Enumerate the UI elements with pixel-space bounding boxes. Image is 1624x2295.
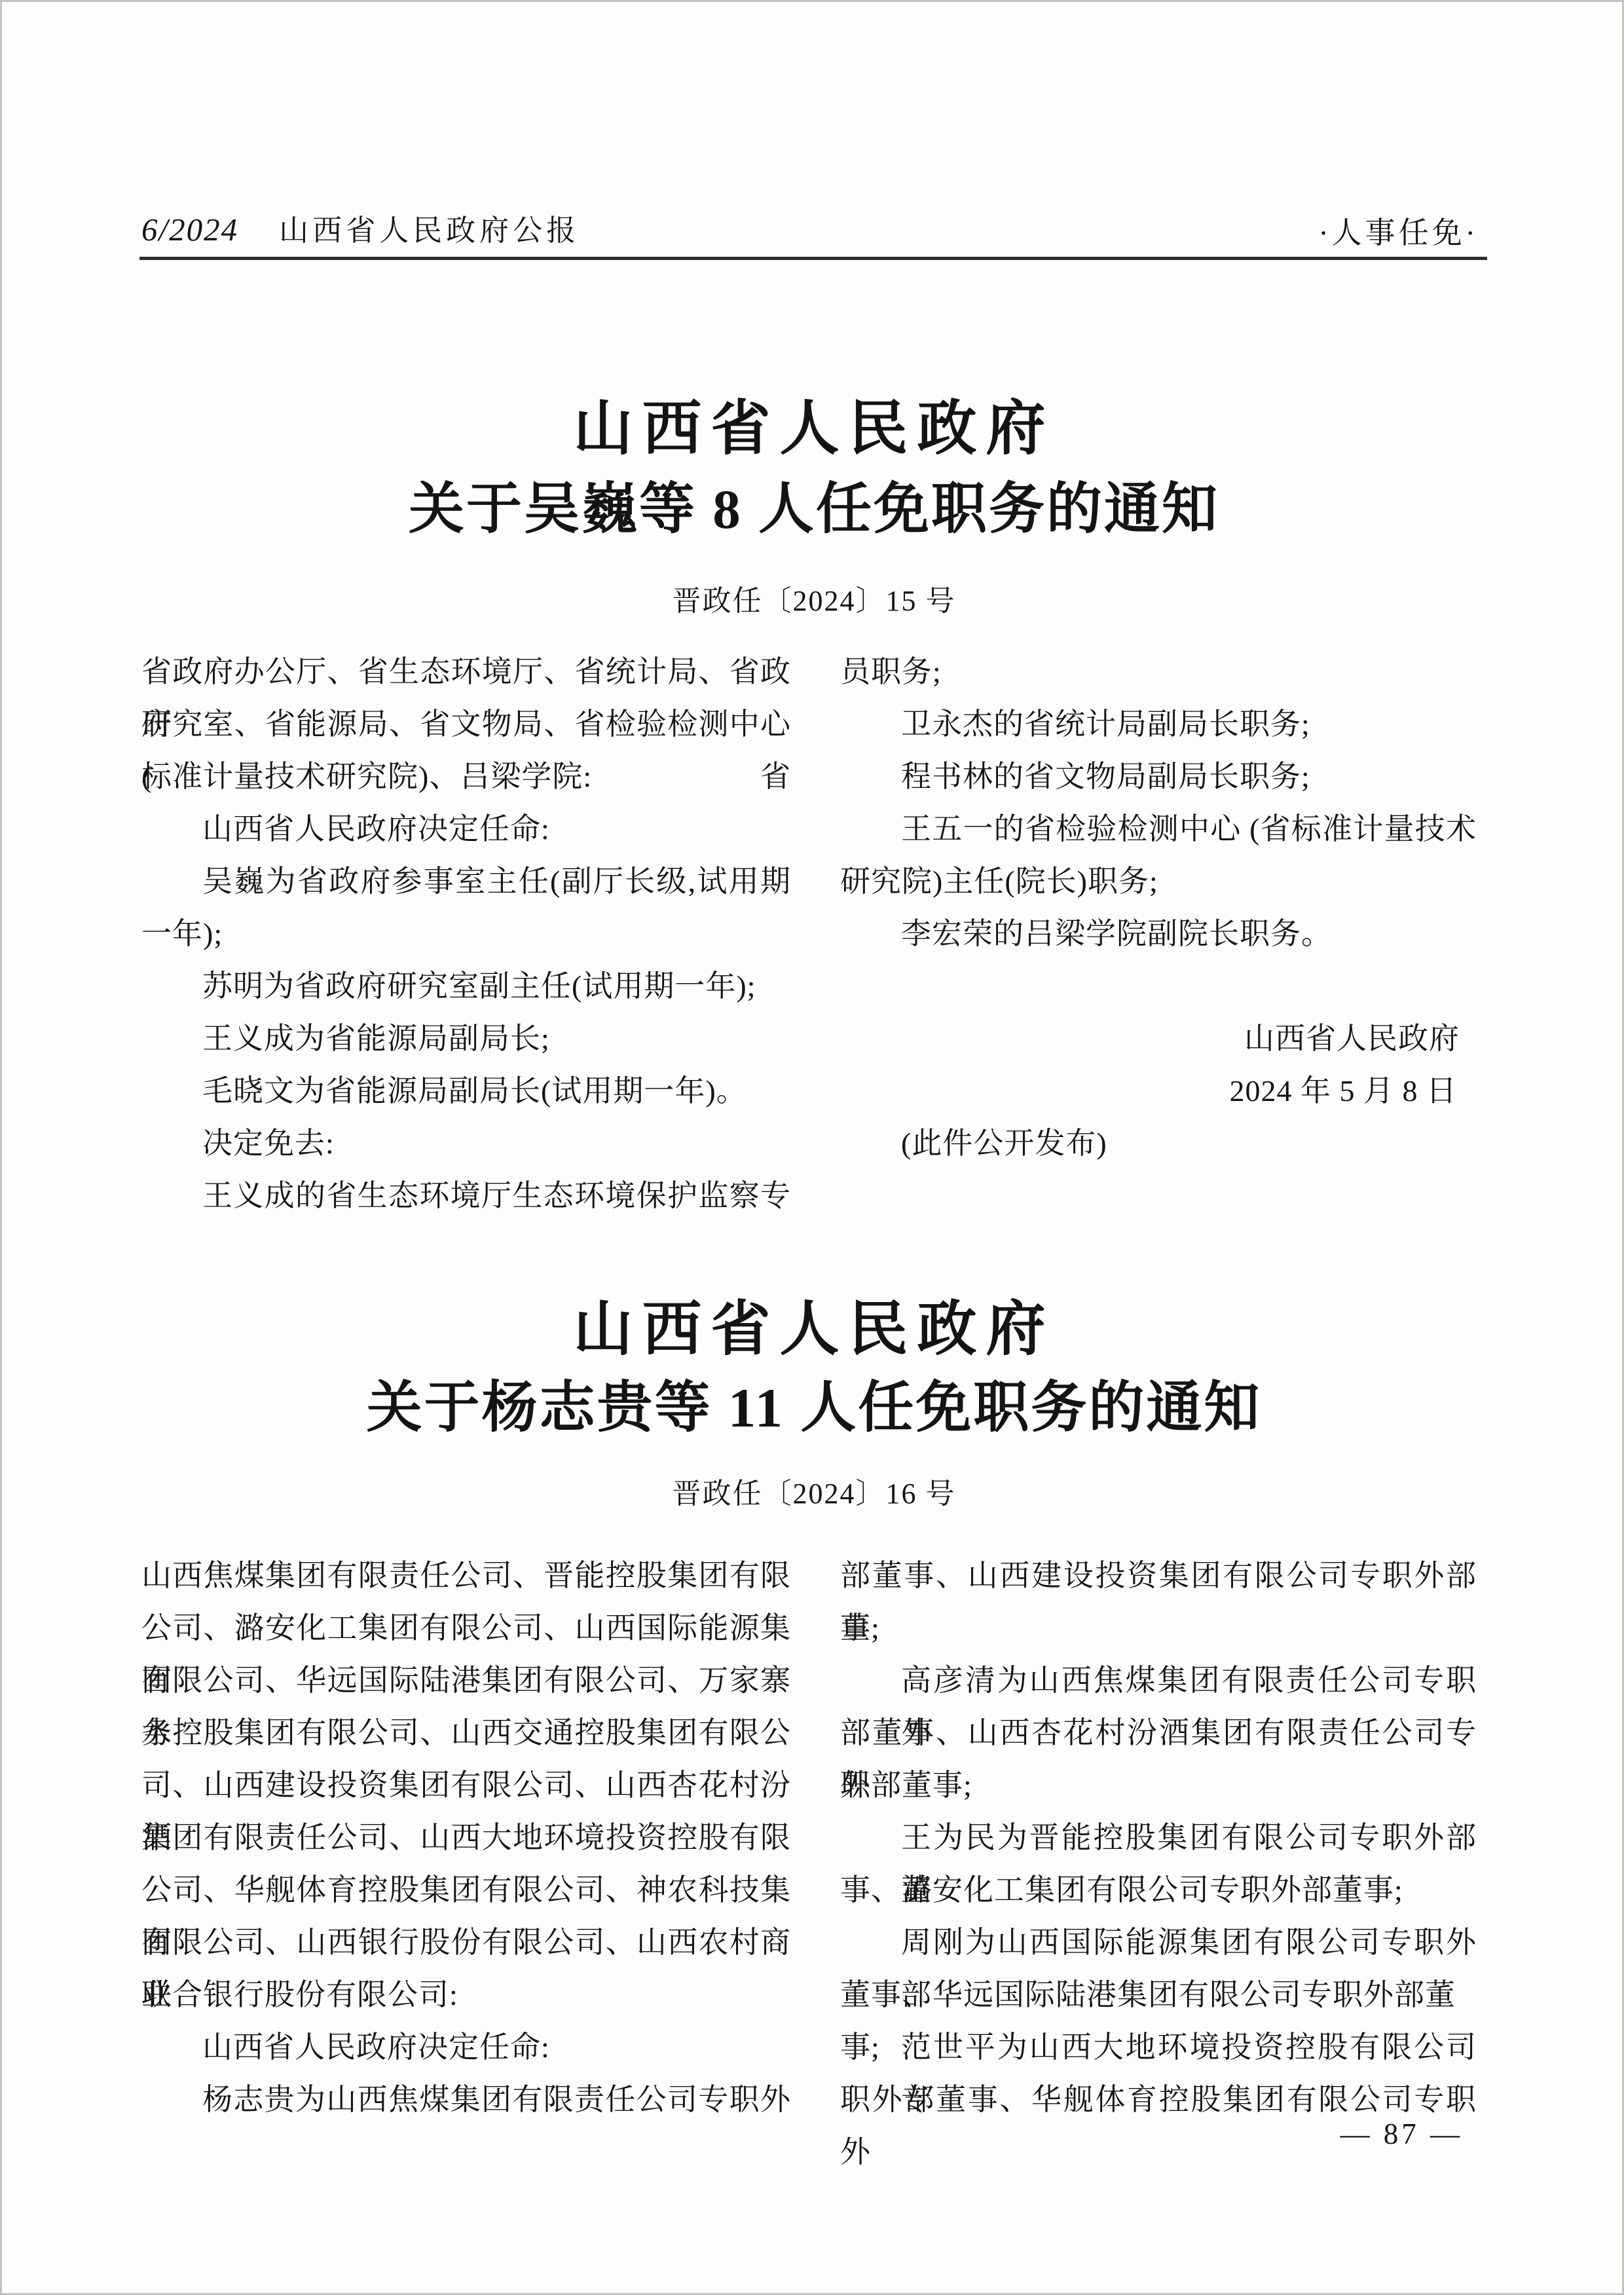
notice1-doc-number: 晋政任〔2024〕15 号 [2, 587, 1624, 616]
text-line: 公司、潞安化工集团有限公司、山西国际能源集团 [141, 1602, 791, 1654]
text-line: 有限公司、华远国际陆港集团有限公司、万家寨水 [141, 1654, 791, 1707]
page-header: 6/2024山西省人民政府公报 ·人事任免· [141, 206, 1479, 253]
text-line: 杨志贵为山西焦煤集团有限责任公司专职外 [141, 2074, 791, 2126]
text-line: 吴巍为省政府参事室主任(副厅长级,试用期 [141, 855, 791, 908]
notice2-doc-number: 晋政任〔2024〕16 号 [2, 1480, 1624, 1508]
text-line: 部董事、山西杏花村汾酒集团有限责任公司专职 [840, 1707, 1477, 1759]
notice1-title-line2: 关于吴巍等 8 人任免职务的通知 [2, 482, 1624, 538]
text-line: 王为民为晋能控股集团有限公司专职外部董 [840, 1812, 1477, 1864]
text-line: 山西省人民政府决定任命: [141, 2021, 791, 2074]
text-line: 员职务; [840, 646, 1477, 698]
text-line: 苏明为省政府研究室副主任(试用期一年); [141, 960, 791, 1013]
text-line: 山西省人民政府决定任命: [141, 803, 791, 855]
section-label: ·人事任免· [1318, 209, 1479, 252]
page-number: — 87 — [1340, 2119, 1464, 2149]
text-line: 集团有限责任公司、山西大地环境投资控股有限 [141, 1812, 791, 1864]
notice2-left-column: 山西焦煤集团有限责任公司、晋能控股集团有限 公司、潞安化工集团有限公司、山西国际… [141, 1550, 791, 2126]
text-line: 务控股集团有限公司、山西交通控股集团有限公 [141, 1707, 791, 1759]
notice1-right-column: 员职务; 卫永杰的省统计局副局长职务; 程书林的省文物局副局长职务; 王五一的省… [840, 646, 1477, 1170]
text-line: 董事、华远国际陆港集团有限公司专职外部董事; [840, 1969, 1477, 2021]
text-line: 毛晓文为省能源局副局长(试用期一年)。 [141, 1065, 791, 1117]
gazette-page: 6/2024山西省人民政府公报 ·人事任免· 山西省人民政府 关于吴巍等 8 人… [0, 0, 1624, 2295]
text-line: 事; [840, 1602, 1477, 1654]
text-line: 卫永杰的省统计局副局长职务; [840, 698, 1477, 751]
text-line: 决定免去: [141, 1117, 791, 1170]
spacer-line [840, 960, 1477, 1013]
gazette-title: 山西省人民政府公报 [279, 214, 580, 247]
notice1-left-column: 省政府办公厅、省生态环境厅、省统计局、省政府 研究室、省能源局、省文物局、省检验… [141, 646, 791, 1222]
text-line: 一年); [141, 908, 791, 960]
notice2-title-line2: 关于杨志贵等 11 人任免职务的通知 [2, 1381, 1624, 1436]
text-line: 联合银行股份有限公司: [141, 1969, 791, 2021]
text-line: 王义成为省能源局副局长; [141, 1013, 791, 1065]
text-line: 李宏荣的吕梁学院副院长职务。 [840, 908, 1477, 960]
text-line: 范世平为山西大地环境投资控股有限公司专 [840, 2021, 1477, 2074]
text-line: 司、山西建设投资集团有限公司、山西杏花村汾酒 [141, 1759, 791, 1812]
text-line: 省政府办公厅、省生态环境厅、省统计局、省政府 [141, 646, 791, 698]
text-line: 山西焦煤集团有限责任公司、晋能控股集团有限 [141, 1550, 791, 1602]
signature: 山西省人民政府 [840, 1013, 1477, 1065]
notice2-title-line1: 山西省人民政府 [2, 1299, 1624, 1359]
issue-number: 6/2024 [141, 212, 238, 248]
header-rule [139, 257, 1487, 260]
text-line: 研究室、省能源局、省文物局、省检验检测中心(省 [141, 698, 791, 751]
text-line: 事、潞安化工集团有限公司专职外部董事; [840, 1864, 1477, 1916]
publish-note: (此件公开发布) [840, 1117, 1477, 1170]
text-line: 部董事、山西建设投资集团有限公司专职外部董 [840, 1550, 1477, 1602]
text-line: 外部董事; [840, 1759, 1477, 1812]
signature-date: 2024 年 5 月 8 日 [840, 1065, 1477, 1117]
notice2-right-column: 部董事、山西建设投资集团有限公司专职外部董 事; 高彦清为山西焦煤集团有限责任公… [840, 1550, 1477, 2126]
text-line: 王义成的省生态环境厅生态环境保护监察专 [141, 1170, 791, 1222]
text-line: 高彦清为山西焦煤集团有限责任公司专职外 [840, 1654, 1477, 1707]
text-line: 程书林的省文物局副局长职务; [840, 751, 1477, 803]
notice1-title-line1: 山西省人民政府 [2, 399, 1624, 458]
text-line: 王五一的省检验检测中心 (省标准计量技术 [840, 803, 1477, 855]
text-line: 周刚为山西国际能源集团有限公司专职外部 [840, 1916, 1477, 1969]
text-line: 有限公司、山西银行股份有限公司、山西农村商业 [141, 1916, 791, 1969]
text-line: 公司、华舰体育控股集团有限公司、神农科技集团 [141, 1864, 791, 1916]
text-line: 研究院)主任(院长)职务; [840, 855, 1477, 908]
